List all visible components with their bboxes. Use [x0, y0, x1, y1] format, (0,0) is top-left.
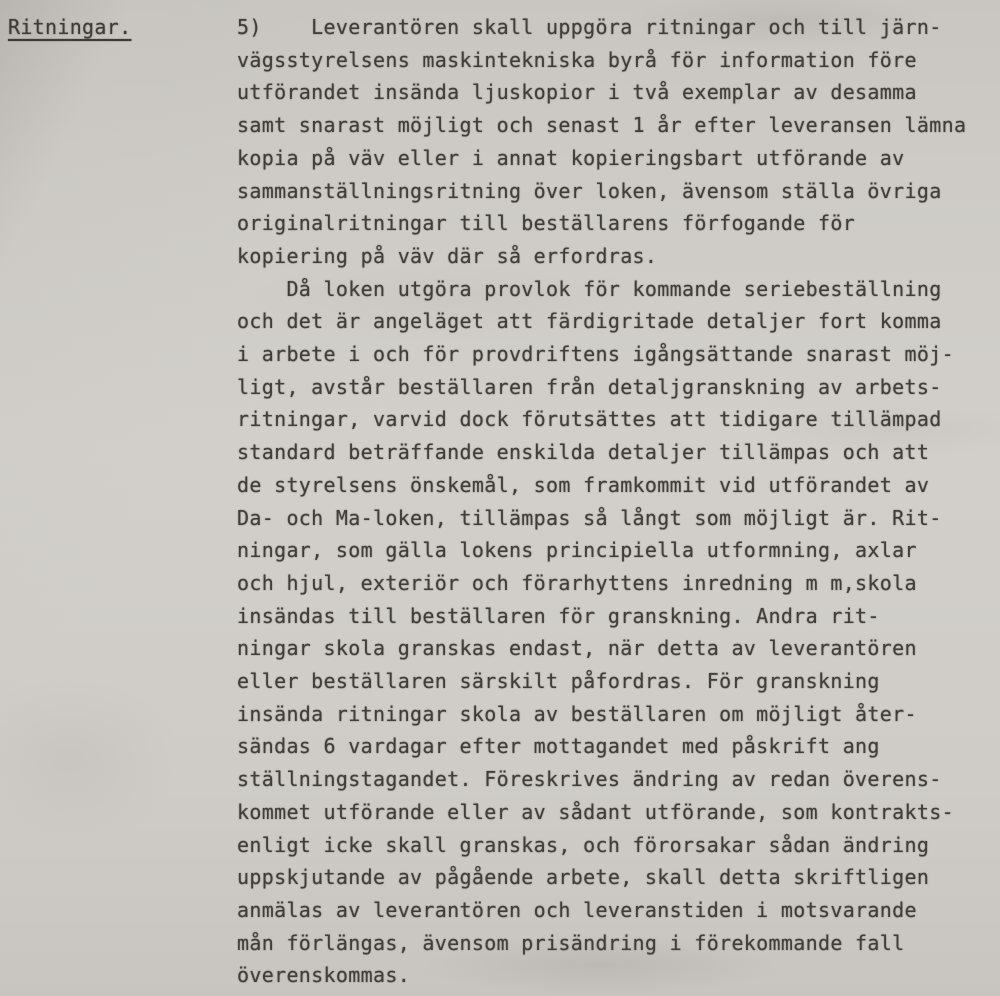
text-line: i arbete i och för provdriftens igångsät… — [237, 338, 977, 371]
body-text-block: 5) Leverantören skall uppgöra ritningar … — [237, 11, 977, 992]
document-page: Ritningar. 5) Leverantören skall uppgöra… — [0, 0, 1000, 996]
text-line: insändas till beställaren för granskning… — [237, 600, 977, 633]
text-line: uppskjutande av pågående arbete, skall d… — [237, 861, 977, 894]
text-line: sammanställningsritning över loken, även… — [237, 175, 977, 208]
text-line: enligt icke skall granskas, och förorsak… — [237, 829, 977, 862]
text-line: kopia på väv eller i annat kopieringsbar… — [237, 142, 977, 175]
text-line: eller beställaren särskilt påfordras. Fö… — [237, 665, 977, 698]
text-line: originalritningar till beställarens förf… — [237, 207, 977, 240]
text-line: och hjul, exteriör och förarhyttens inre… — [237, 567, 977, 600]
text-line: standard beträffande enskilda detaljer t… — [237, 436, 977, 469]
text-line: insända ritningar skola av beställaren o… — [237, 698, 977, 731]
text-line: mån förlängas, ävensom prisändring i för… — [237, 927, 977, 960]
text-line: utförandet insända ljuskopior i två exem… — [237, 76, 977, 109]
text-line: sändas 6 vardagar efter mottagandet med … — [237, 730, 977, 763]
text-line: ningar, som gälla lokens principiella ut… — [237, 534, 977, 567]
text-line: ritningar, varvid dock förutsättes att t… — [237, 403, 977, 436]
text-line: de styrelsens önskemål, som framkommit v… — [237, 469, 977, 502]
text-line: ningar skola granskas endast, när detta … — [237, 632, 977, 665]
text-line: kommet utförande eller av sådant utföran… — [237, 796, 977, 829]
text-line: vägsstyrelsens maskintekniska byrå för i… — [237, 44, 977, 77]
text-line: 5) Leverantören skall uppgöra ritningar … — [237, 11, 977, 44]
text-line: Da- och Ma-loken, tillämpas så långt som… — [237, 502, 977, 535]
text-line: Då loken utgöra provlok för kommande ser… — [237, 273, 977, 306]
text-line: samt snarast möjligt och senast 1 år eft… — [237, 109, 977, 142]
text-line: anmälas av leverantören och leveranstide… — [237, 894, 977, 927]
text-line: ligt, avstår beställaren från detaljgran… — [237, 371, 977, 404]
margin-heading: Ritningar. — [8, 15, 131, 39]
text-line: kopiering på väv där så erfordras. — [237, 240, 977, 273]
text-line: och det är angeläget att färdigritade de… — [237, 305, 977, 338]
text-line: ställningstagandet. Föreskrives ändring … — [237, 763, 977, 796]
text-line: överenskommas. — [237, 959, 977, 992]
